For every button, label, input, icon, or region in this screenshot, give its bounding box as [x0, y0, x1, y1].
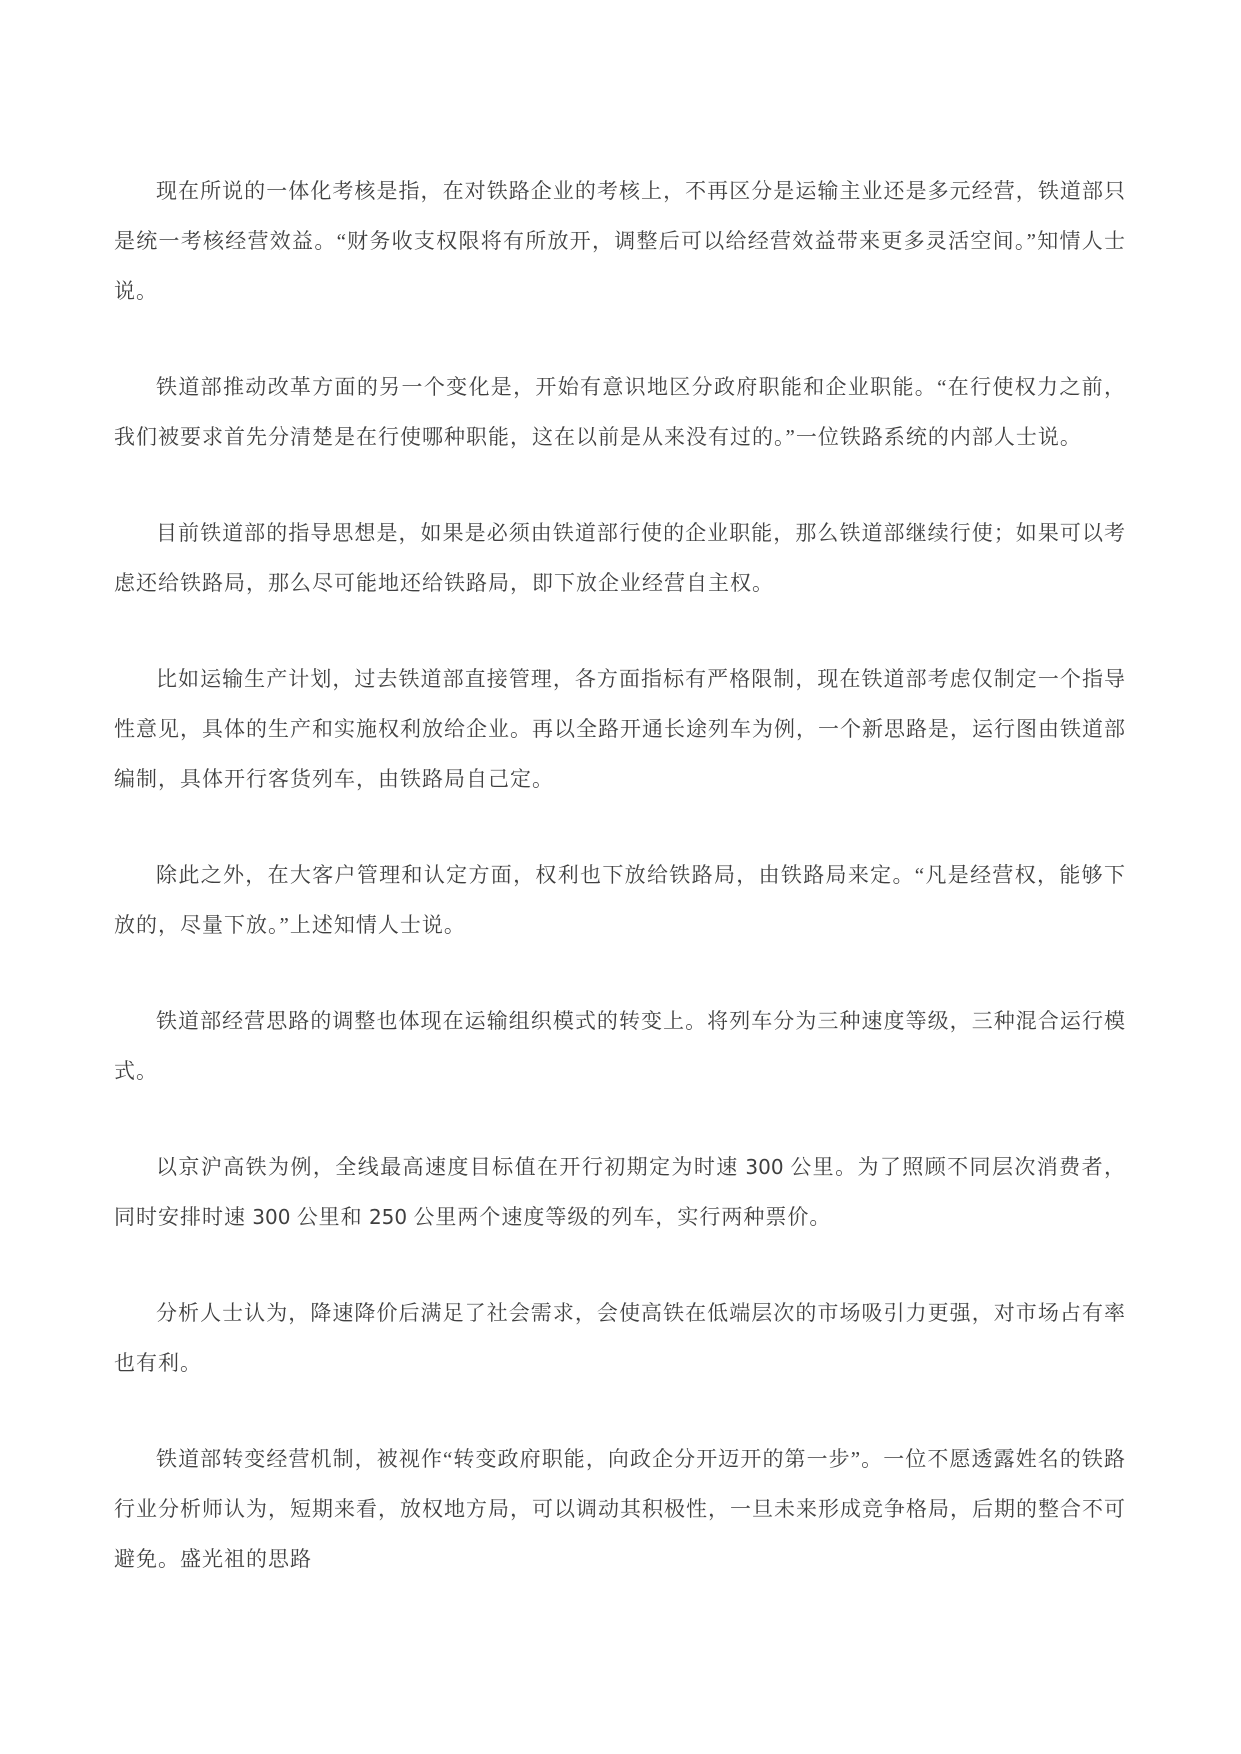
paragraph-3: 目前铁道部的指导思想是，如果是必须由铁道部行使的企业职能，那么铁道部继续行使；如…: [114, 508, 1126, 608]
paragraph-1: 现在所说的一体化考核是指，在对铁路企业的考核上，不再区分是运输主业还是多元经营，…: [114, 166, 1126, 316]
paragraph-8: 分析人士认为，降速降价后满足了社会需求，会使高铁在低端层次的市场吸引力更强，对市…: [114, 1288, 1126, 1388]
paragraph-6: 铁道部经营思路的调整也体现在运输组织模式的转变上。将列车分为三种速度等级，三种混…: [114, 996, 1126, 1096]
article-body: 现在所说的一体化考核是指，在对铁路企业的考核上，不再区分是运输主业还是多元经营，…: [114, 166, 1126, 1584]
number: 250: [369, 1205, 407, 1229]
paragraph-7: 以京沪高铁为例，全线最高速度目标值在开行初期定为时速 300 公里。为了照顾不同…: [114, 1142, 1126, 1242]
document-page: 现在所说的一体化考核是指，在对铁路企业的考核上，不再区分是运输主业还是多元经营，…: [0, 0, 1241, 1754]
number: 300: [745, 1155, 783, 1179]
number: 300: [252, 1205, 290, 1229]
paragraph-9: 铁道部转变经营机制，被视作“转变政府职能，向政企分开迈开的第一步”。一位不愿透露…: [114, 1434, 1126, 1584]
paragraph-4: 比如运输生产计划，过去铁道部直接管理，各方面指标有严格限制，现在铁道部考虑仅制定…: [114, 654, 1126, 804]
paragraph-2: 铁道部推动改革方面的另一个变化是，开始有意识地区分政府职能和企业职能。“在行使权…: [114, 362, 1126, 462]
paragraph-5: 除此之外，在大客户管理和认定方面，权利也下放给铁路局，由铁路局来定。“凡是经营权…: [114, 850, 1126, 950]
